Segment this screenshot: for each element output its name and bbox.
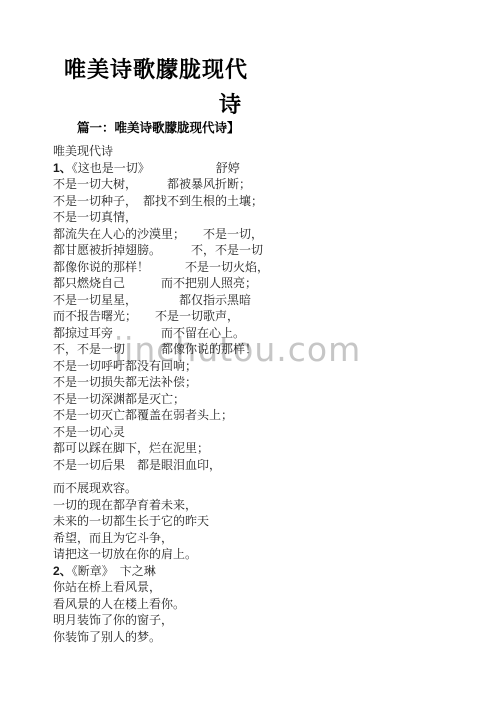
poem-line-text: 不是一切星星， 都仅指示黑暗 [53,293,251,307]
poem-line: 都可以踩在脚下，烂在泥里； [53,440,473,457]
poem-line: 不是一切种子， 都找不到生根的土壤； [53,193,473,210]
poem-line: 都掠过耳旁 而不留在心上。 [53,325,473,342]
poem-line: 请把这一切放在你的肩上。 [53,546,473,563]
poem-line: 你站在桥上看风景， [53,579,473,596]
poem-line-text: 唯美现代诗 [53,144,113,158]
poem-line: 未来的一切都生长于它的昨天 [53,513,473,530]
poem-line-text: 《这也是一切》 舒婷 [72,161,240,175]
poem-line-text: 而不展现欢容。 [53,481,137,495]
poem-line-text: 不是一切大树， 都被暴风折断； [53,177,251,191]
poem-line: 不是一切后果 都是眼泪血印， [53,457,473,474]
poem-line-text: 不是一切心灵 [53,425,125,439]
section-heading: 篇一：唯美诗歌朦胧现代诗】 [77,118,240,136]
poem-line: 1、《这也是一切》 舒婷 [53,160,473,177]
poem-line-text: 不，不是一切 都像你说的那样！ [53,342,257,356]
poem-line-text: 请把这一切放在你的肩上。 [53,547,197,561]
poem-line: 不是一切损失都无法补偿； [53,374,473,391]
poem-line-text: 看风景的人在楼上看你。 [53,597,185,611]
poem-line: 希望，而且为它斗争， [53,530,473,547]
document-title-line1: 唯美诗歌朦胧现代 [64,53,248,84]
poem-line-text: 未来的一切都生长于它的昨天 [53,514,209,528]
poem-line: 不，不是一切 都像你说的那样！ [53,341,473,358]
poem-line-text: 都像你说的那样！ 不是一切火焰， [53,260,269,274]
poem-line: 看风景的人在楼上看你。 [53,596,473,613]
poem-line-text: 都掠过耳旁 而不留在心上。 [53,326,245,340]
poem-line: 都只燃烧自己 而不把别人照亮； [53,275,473,292]
poem-line: 你装饰了别人的梦。 [53,629,473,646]
poem-line-text: 不是一切后果 都是眼泪血印， [53,458,221,472]
poem-line: 一切的现在都孕育着未来， [53,497,473,514]
poem-number: 2、 [53,564,72,578]
poem-line-text: 明月装饰了你的窗子， [53,613,173,627]
poem-line-text: 你装饰了别人的梦。 [53,630,161,644]
poem-line: 唯美现代诗 [53,143,473,160]
poem-line-text: 希望，而且为它斗争， [53,531,173,545]
poem-line-text: 都可以踩在脚下，烂在泥里； [53,441,209,455]
poem-line-text: 不是一切呼吁都没有回响； [53,359,197,373]
poem-line-text: 不是一切种子， 都找不到生根的土壤； [53,194,263,208]
poem-line-text: 《断章》 卞之琳 [72,564,156,578]
poem-line: 不是一切深渊都是灭亡； [53,391,473,408]
poem-number: 1、 [53,161,72,175]
poem-line: 而不展现欢容。 [53,480,473,497]
poem-line: 而不报告曙光； 不是一切歌声， [53,308,473,325]
poem-line-text: 不是一切损失都无法补偿； [53,375,197,389]
poem-line-text: 不是一切灭亡都覆盖在弱者头上； [53,408,233,422]
poem-body: 唯美现代诗1、《这也是一切》 舒婷不是一切大树， 都被暴风折断；不是一切种子， … [53,143,473,645]
poem-line: 明月装饰了你的窗子， [53,612,473,629]
poem-line: 都甘愿被折掉翅膀。 不，不是一切 [53,242,473,259]
poem-line: 不是一切心灵 [53,424,473,441]
poem-line: 不是一切呼吁都没有回响； [53,358,473,375]
poem-line: 2、《断章》 卞之琳 [53,563,473,580]
poem-line-text: 不是一切深渊都是灭亡； [53,392,185,406]
poem-line-text: 都流失在人心的沙漠里； 不是一切， [53,227,263,241]
document-page: jinchutou.com 唯美诗歌朦胧现代 诗 篇一：唯美诗歌朦胧现代诗】 唯… [0,0,500,708]
poem-line-text: 不是一切真情， [53,210,137,224]
poem-line: 不是一切真情， [53,209,473,226]
poem-line: 不是一切星星， 都仅指示黑暗 [53,292,473,309]
poem-line-text: 都只燃烧自己 而不把别人照亮； [53,276,257,290]
poem-line: 不是一切灭亡都覆盖在弱者头上； [53,407,473,424]
poem-line-text: 一切的现在都孕育着未来， [53,498,197,512]
poem-line-text: 都甘愿被折掉翅膀。 不，不是一切 [53,243,263,257]
poem-line: 都像你说的那样！ 不是一切火焰， [53,259,473,276]
poem-line: 不是一切大树， 都被暴风折断； [53,176,473,193]
poem-line-text: 而不报告曙光； 不是一切歌声， [53,309,239,323]
document-title-line2: 诗 [219,88,241,119]
poem-line: 都流失在人心的沙漠里； 不是一切， [53,226,473,243]
poem-line-text: 你站在桥上看风景， [53,580,161,594]
